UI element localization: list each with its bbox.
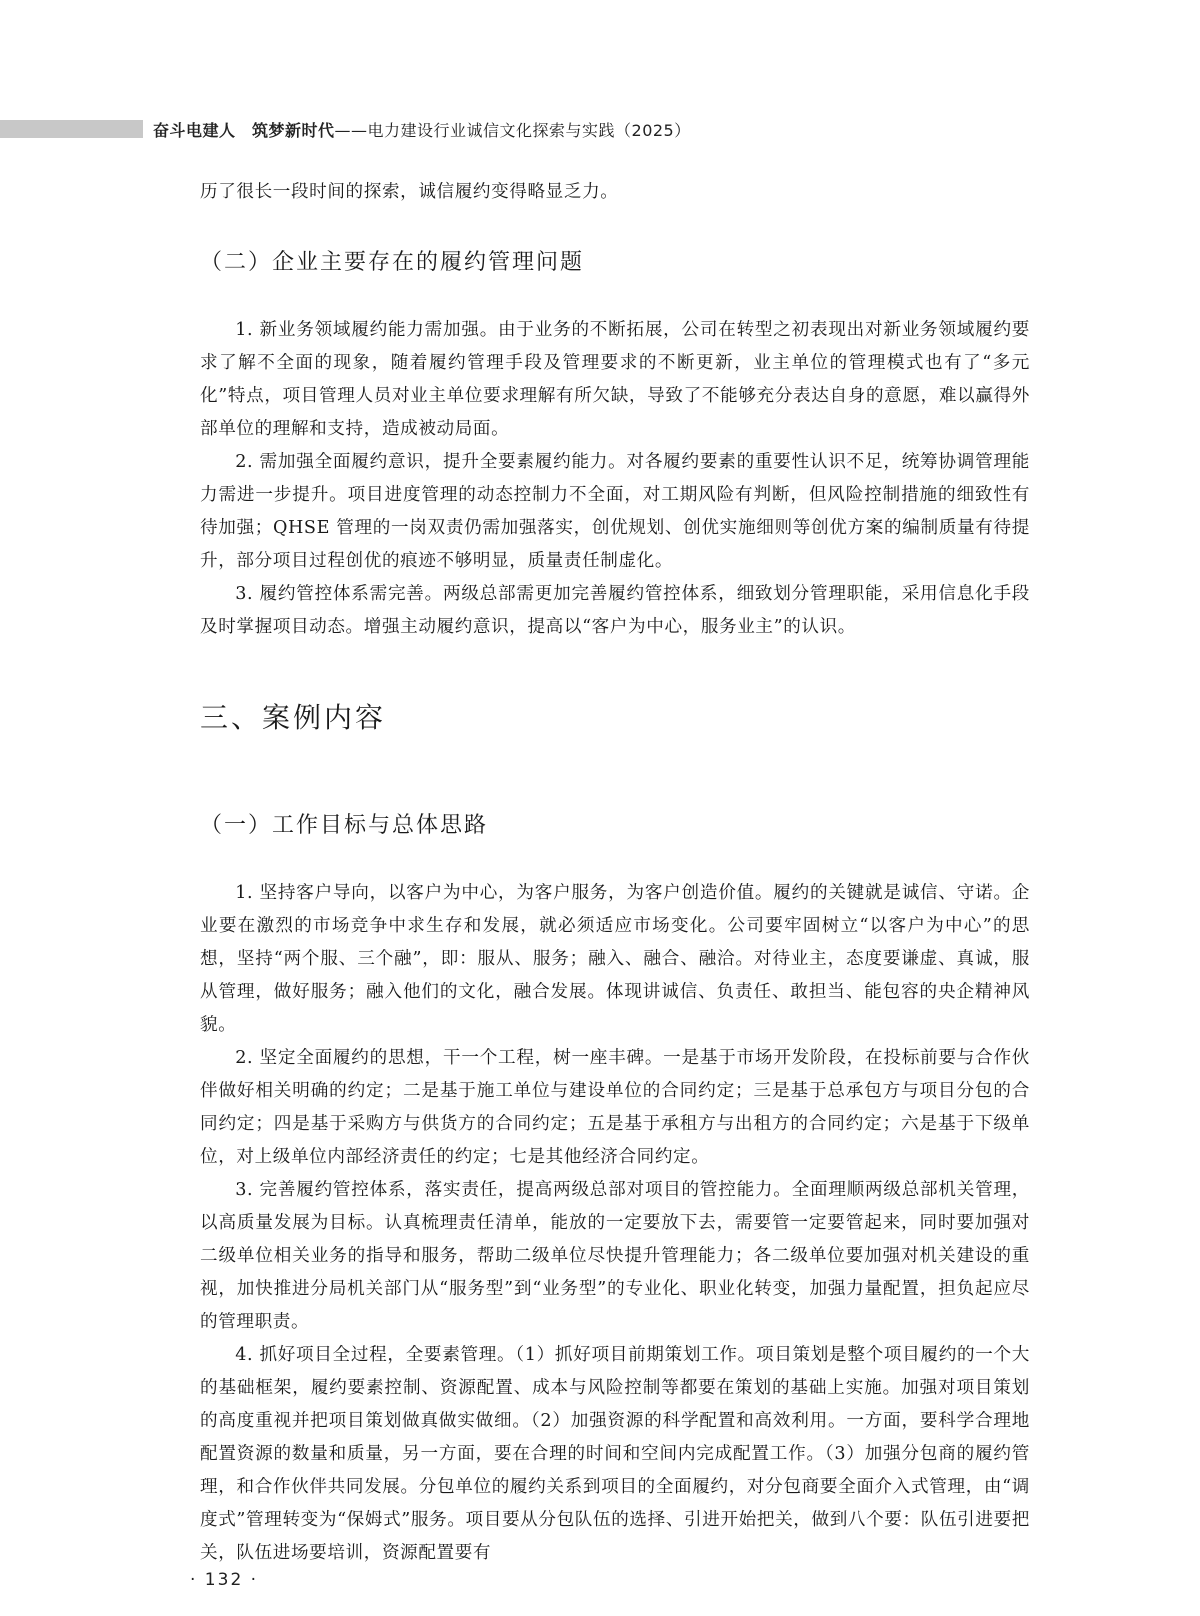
section-heading-3: 三、案例内容 <box>200 696 1030 736</box>
paragraph: 2. 需加强全面履约意识，提升全要素履约能力。对各履约要素的重要性认识不足，统筹… <box>200 446 1030 578</box>
paragraph: 4. 抓好项目全过程，全要素管理。（1）抓好项目前期策划工作。项目策划是整个项目… <box>200 1339 1030 1570</box>
subsection-2-body: 1. 新业务领域履约能力需加强。由于业务的不断拓展，公司在转型之初表现出对新业务… <box>200 314 1030 644</box>
page-body: 历了很长一段时间的探索，诚信履约变得略显乏力。 （二）企业主要存在的履约管理问题… <box>200 176 1030 1570</box>
header-decorative-bar <box>0 120 143 138</box>
subsection-heading-1: （一）工作目标与总体思路 <box>200 808 1030 839</box>
paragraph: 3. 完善履约管控体系，落实责任，提高两级总部对项目的管控能力。全面理顺两级总部… <box>200 1174 1030 1339</box>
page-number: · 132 · <box>190 1570 258 1590</box>
paragraph: 1. 坚持客户导向，以客户为中心，为客户服务，为客户创造价值。履约的关键就是诚信… <box>200 877 1030 1042</box>
header-title-bold: 奋斗电建人 筑梦新时代 <box>153 121 335 140</box>
paragraph: 1. 新业务领域履约能力需加强。由于业务的不断拓展，公司在转型之初表现出对新业务… <box>200 314 1030 446</box>
paragraph: 2. 坚定全面履约的思想，干一个工程，树一座丰碑。一是基于市场开发阶段，在投标前… <box>200 1042 1030 1174</box>
running-header: 奋斗电建人 筑梦新时代——电力建设行业诚信文化探索与实践（2025） <box>0 119 691 139</box>
subsection-heading-2: （二）企业主要存在的履约管理问题 <box>200 245 1030 276</box>
subsection-1-body: 1. 坚持客户导向，以客户为中心，为客户服务，为客户创造价值。履约的关键就是诚信… <box>200 877 1030 1570</box>
continued-paragraph: 历了很长一段时间的探索，诚信履约变得略显乏力。 <box>200 176 1030 209</box>
running-header-title: 奋斗电建人 筑梦新时代——电力建设行业诚信文化探索与实践（2025） <box>153 118 691 141</box>
paragraph: 3. 履约管控体系需完善。两级总部需更加完善履约管控体系，细致划分管理职能，采用… <box>200 578 1030 644</box>
header-title-rest: ——电力建设行业诚信文化探索与实践（2025） <box>335 121 691 140</box>
